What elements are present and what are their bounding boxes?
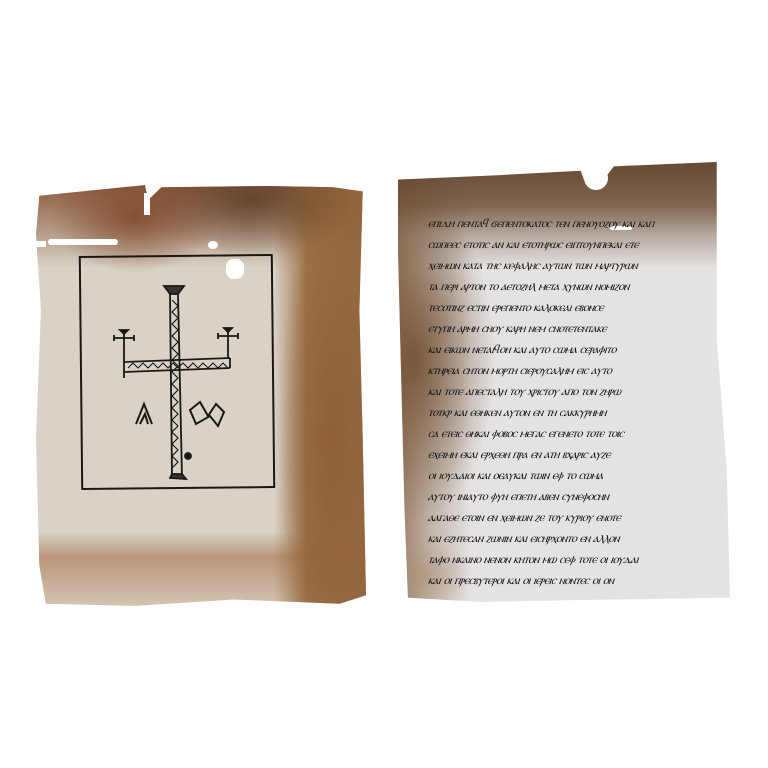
manuscript-line-1: ⲉⲡⲓⲇⲏ ⲡⲉⲛⲧⲁϥ ϭⲉⲡⲉⲛⲧⲟⲕⲁⲧⲟⲥ ⲧⲉⲛ ⲡⲉⲛⲟⲩⲟⲍⲟⲩ … (427, 216, 715, 230)
manuscript-line-7: ⲕⲁⲓ ⲉⲓⲕⲱⲛ ⲛⲉⲧⲁⲓϥⲟⲏ ⲕⲁⲓ ⲁⲩⲧⲟ ⲥⲱⲙⲁ ⲥⲉⲣⲁⲫⲓⲧ… (427, 342, 711, 356)
tear-hole (36, 241, 46, 247)
manuscript-line-15: ⲁⲁⲅⲁⲑⲉ ⲉⲧⲟⲓⲛ ⲉⲛ ⲭⲉⲓⲙⲱⲛ ⲍⲉ ⲧⲟⲩ ⲕⲩⲣⲓⲟⲩ ⲉⲛⲟ… (427, 510, 723, 524)
manuscript-line-12: ⲉⲭⲉⲓⲙⲏ ⲉⲕⲁⲓ ⲉⲣⲭⲉⲑⲏ ⲡⲣⲁ ⲉⲛ ⲁⲧⲏ ⲃⲭⲁⲣⲓⲥ ⲁⲩⲍ… (427, 447, 713, 461)
manuscript-line-6: ⲉⲧⲩⲡⲏ ⲁⲣⲙⲏ ⲥⲏⲟⲩ ⲕⲁⲣⲏ ⲛⲉⲙ ⲥⲛⲟⲧⲉⲧⲉⲛⲧⲁⲕⲉ (427, 321, 713, 335)
manuscript-line-8: ⲕⲧⲏⲣⲉⲓⲁ ⲥⲏⲧⲟⲛ ⲙⲟⲣⲧⲏ ⲥⲓⲉⲣⲟⲩⲥⲁⲗⲏⲙ ⲉⲓⲥ ⲁⲩⲧⲟ (427, 363, 715, 377)
left-manuscript-leaf (36, 183, 366, 608)
tear-hole (144, 193, 150, 215)
decorated-cross-icon (100, 278, 280, 493)
manuscript-line-10: ⲧⲟⲧⲕⲣ ⲕⲁⲓ ⲉⲑⲏⲕⲉⲛ ⲁⲩⲧⲟⲛ ⲉⲛ ⲧⲏ ⲥⲁⲕⲕⲩⲣⲏⲙⲏ (427, 405, 717, 419)
manuscript-line-9: ⲕⲁⲓ ⲧⲟⲧⲉ ⲁⲡⲉⲥⲧⲁⲗⲏ ⲧⲟⲩ ⲭⲣⲓⲥⲧⲟⲩ ⲁⲡⲟ ⲧⲟⲛ ⲍⲏ… (427, 384, 715, 398)
manuscript-line-5: ⲧⲉⲥⲟⲧⲓⲛⲍ ⲉⲥⲧⲓⲛ ⲉⲣⲉⲡⲉⲛⲧⲟ ⲕⲁⲗⲟⲕⲉⲁⲓ ⲉⲃⲟⲛⲥⲉ (427, 300, 705, 314)
manuscript-line-3: ⲭⲉⲓⲙⲱⲛ ⲕⲁⲧⲁ ⲧⲏⲥ ⲕⲉⲫⲁⲗⲏⲥ ⲁⲩⲧⲱⲛ ⲧⲱⲛ ⲙⲁⲣⲧⲩⲣ… (427, 258, 711, 272)
tear-hole (48, 239, 118, 245)
manuscript-line-4: ⲧⲁ ⲡⲉⲣⲓ ⲁⲣⲧⲟⲛ ⲧⲟ ⲁⲉⲧⲟⲍⲏⲗ ⲙⲉⲧⲁ ⲭⲩⲛⲱⲛ ⲛⲟⲙⲓ… (427, 279, 711, 293)
manuscript-line-16: ⲕⲁⲓ ⲉⲍⲏⲧⲉⲥⲁⲛ ⲍⲱⲛⲓⲛ ⲕⲁⲓ ⲉⲓⲥⲏⲣⲭⲟⲛⲧⲟ ⲉⲛ ⲁⲗⲗ… (427, 531, 699, 545)
punch-hole (584, 166, 608, 190)
manuscript-line-2: ⲥⲱⲡⲉⲉⲥ ⲉⲧⲟⲧⲓⲥ ⲁⲛ ⲕⲁⲓ ⲉⲧⲟⲧⲏⲣⲱⲥ ⲉⲓⲡⲧⲟⲩⲛⲡⲉⲕ… (427, 237, 701, 251)
manuscript-line-13: ⲟⲓ ⲓⲟⲩⲇⲁⲓⲟⲓ ⲕⲁⲓ ⲟⲉⲁⲩⲕⲁⲓ ⲧⲱⲓⲛ ⲉⲫ ⲧⲟ ⲥⲱⲙⲁ (427, 468, 719, 482)
right-manuscript-leaf: ⲉⲡⲓⲇⲏ ⲡⲉⲛⲧⲁϥ ϭⲉⲡⲉⲛⲧⲟⲕⲁⲧⲟⲥ ⲧⲉⲛ ⲡⲉⲛⲟⲩⲟⲍⲟⲩ … (398, 162, 730, 602)
manuscript-line-17: ⲧⲁⲫⲟ ⲛⲕⲁⲓⲛⲟ ⲛⲉⲛⲟⲛ ⲕⲏⲧⲟⲛ ⲙⲱ ⲥⲉⲫ ⲧⲟⲧⲉ ⲟⲓ ⲓ… (427, 552, 719, 566)
manuscript-line-11: ⲥⲁ ⲉⲧⲉⲓⲥ ⲑⲏⲕⲁⲓ ⲫⲟⲃⲟⲥ ⲙⲉⲅⲁⲥ ⲉⲅⲉⲛⲉⲧⲟ ⲧⲟⲧⲉ … (427, 426, 715, 440)
manuscript-line-14: ⲁⲩⲧⲟⲩ ⲓⲛⲓⲁⲩⲧⲟ ⲫⲩⲏ ⲉⲡⲉⲧⲏ ⲁⲃⲉⲛ ⲥⲩⲛⲉⲫⲟⲥⲏⲛ (427, 489, 721, 503)
manuscript-line-18: ⲕⲁⲓ ⲟⲓ ⲡⲣⲉⲥⲃⲩⲧⲉⲣⲟⲓ ⲕⲁⲓ ⲟⲓ ⲓⲉⲣⲉⲓⲥ ⲛⲟⲛⲧⲉⲥ … (427, 573, 705, 587)
tear-hole (208, 241, 218, 249)
